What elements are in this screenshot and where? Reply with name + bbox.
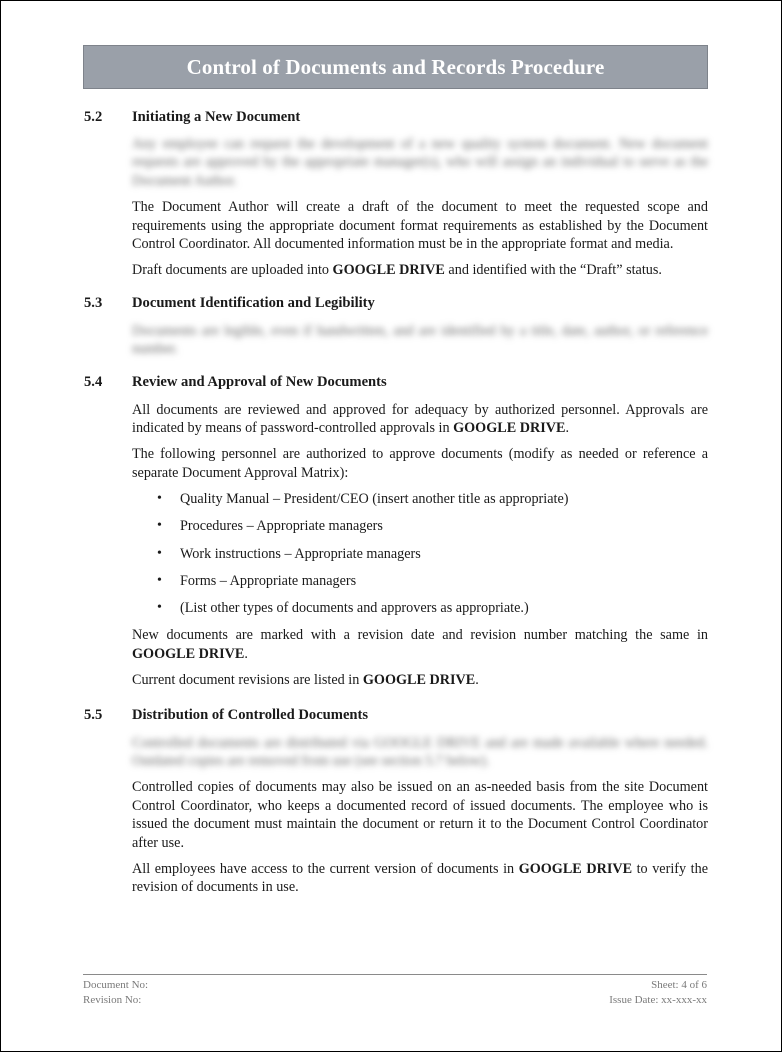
paragraph: The Document Author will create a draft … <box>132 198 708 253</box>
section-heading: 5.4 Review and Approval of New Documents <box>84 373 708 393</box>
document-title: Control of Documents and Records Procedu… <box>187 55 605 80</box>
list-item: •Work instructions – Appropriate manager… <box>132 545 708 563</box>
list-item: •Forms – Appropriate managers <box>132 572 708 590</box>
blurred-paragraph: Controlled documents are distributed via… <box>132 734 708 771</box>
section-number: 5.2 <box>84 109 132 126</box>
paragraph: All documents are reviewed and approved … <box>132 401 708 438</box>
paragraph: Controlled copies of documents may also … <box>132 778 708 852</box>
section-title: Document Identification and Legibility <box>132 295 375 312</box>
paragraph: All employees have access to the current… <box>132 860 708 897</box>
paragraph: The following personnel are authorized t… <box>132 445 708 482</box>
bullet-icon: • <box>157 490 162 508</box>
document-number-label: Document No: <box>83 978 148 993</box>
section-5-3: 5.3 Document Identification and Legibili… <box>84 294 708 359</box>
list-item: •(List other types of documents and appr… <box>132 599 708 617</box>
section-title: Review and Approval of New Documents <box>132 374 387 391</box>
bullet-icon: • <box>157 517 162 535</box>
bullet-icon: • <box>157 545 162 563</box>
section-heading: 5.2 Initiating a New Document <box>84 107 708 127</box>
section-number: 5.3 <box>84 295 132 312</box>
bullet-icon: • <box>157 572 162 590</box>
revision-number-label: Revision No: <box>83 993 141 1008</box>
list-item: •Procedures – Appropriate managers <box>132 517 708 535</box>
document-body: 5.2 Initiating a New Document Any employ… <box>84 107 708 905</box>
page-footer: Document No: Sheet: 4 of 6 Revision No: … <box>83 974 707 1008</box>
issue-date: Issue Date: xx-xxx-xx <box>609 993 707 1008</box>
section-number: 5.4 <box>84 374 132 391</box>
section-title: Distribution of Controlled Documents <box>132 707 368 724</box>
section-5-5: 5.5 Distribution of Controlled Documents… <box>84 706 708 897</box>
document-page: Control of Documents and Records Procedu… <box>0 0 782 1052</box>
bullet-icon: • <box>157 599 162 617</box>
paragraph: Current document revisions are listed in… <box>132 671 708 689</box>
section-heading: 5.5 Distribution of Controlled Documents <box>84 706 708 726</box>
paragraph: New documents are marked with a revision… <box>132 626 708 663</box>
section-heading: 5.3 Document Identification and Legibili… <box>84 294 708 314</box>
paragraph: Draft documents are uploaded into GOOGLE… <box>132 261 708 279</box>
section-number: 5.5 <box>84 707 132 724</box>
list-item: •Quality Manual – President/CEO (insert … <box>132 490 708 508</box>
blurred-paragraph: Documents are legible, even if handwritt… <box>132 322 708 359</box>
approver-list: •Quality Manual – President/CEO (insert … <box>84 490 708 617</box>
blurred-paragraph: Any employee can request the development… <box>132 135 708 190</box>
sheet-number: Sheet: 4 of 6 <box>651 978 707 993</box>
section-title: Initiating a New Document <box>132 109 300 126</box>
section-5-4: 5.4 Review and Approval of New Documents… <box>84 373 708 690</box>
section-5-2: 5.2 Initiating a New Document Any employ… <box>84 107 708 280</box>
title-banner: Control of Documents and Records Procedu… <box>83 45 708 89</box>
